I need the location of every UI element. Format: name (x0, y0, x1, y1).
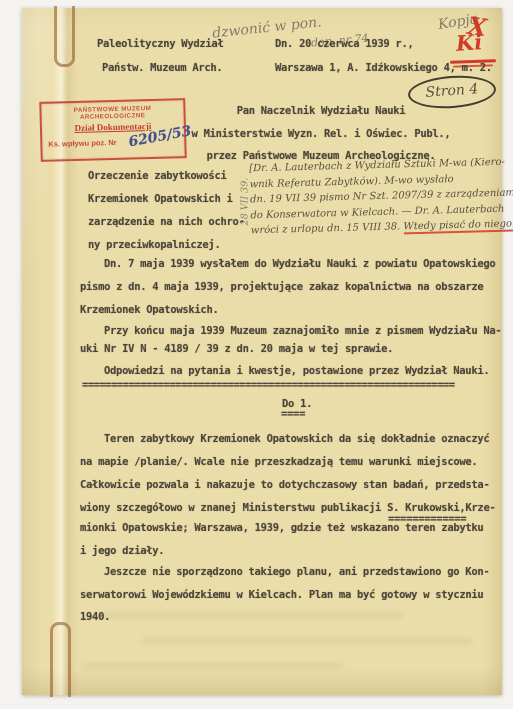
subject-line-3: zarządzenie na nich ochro- (88, 216, 245, 228)
recipient-line-1: Pan Naczelnik Wydziału Nauki (160, 105, 482, 117)
verso-show-through (102, 612, 402, 619)
verso-show-through (142, 638, 472, 645)
body-line: i jego działy. (80, 545, 164, 557)
body-line: mionki Opatowskie; Warszawa, 1939, gdzie… (80, 522, 483, 534)
sender-line-2: Państw. Muzeum Arch. (102, 62, 222, 74)
body-line: pismo z dn. 4 maja 1939, projektujące za… (80, 281, 483, 293)
body-line: Przy końcu maja 1939 Muzeum zaznajomiło … (104, 325, 501, 337)
subject-line-2: Krzemionek Opatowskich i (88, 193, 233, 205)
body-line: serwatorowi Wojewódzkiemu w Kielcach. Pl… (80, 589, 483, 601)
address-line: Warszawa 1, A. Idźkowskiego 4, m. 2. (275, 62, 492, 74)
margin-note: [Dr. A. Lauterbach z Wydziału Sztuki M-w… (249, 155, 507, 239)
date-line: Dn. 20 czerwca 1939 r., (275, 38, 414, 50)
pages-note-text: Stron 4 (425, 81, 479, 101)
body-line: na mapie /planie/. Wcale nie przeszkadza… (80, 456, 477, 468)
paperclip-rust-mark-bottom (50, 622, 71, 697)
body-line: uki Nr IV N - 4189 / 39 z dn. 20 maja w … (80, 343, 393, 355)
scanned-letter-screenshot: { "document": { "pencil_notes": { "call_… (0, 0, 513, 709)
body-line: Teren zabytkowy Krzemionek Opatowskich d… (104, 433, 489, 445)
section-heading-underline: ==== (281, 408, 305, 420)
verso-show-through (82, 663, 342, 669)
subject-line-4: ny przeciwkopalniczej. (88, 239, 220, 251)
body-line: 1940. (80, 611, 110, 623)
red-office-code: Ki (455, 29, 483, 56)
subject-line-1: Orzeczenie zabytkowości (88, 170, 227, 182)
body-line: Całkowicie pozwala i nakazuje to dotychc… (80, 479, 489, 491)
margin-note-red-underlined-text: Wtedy pisać do niego.] (403, 218, 513, 234)
letter-page: dzwonić w pon. dop. nr 74 Kopja X Ki Str… (22, 8, 502, 695)
body-line: Krzemionek Opatowskich. (80, 304, 219, 316)
body-line: Dn. 7 maja 1939 wysłałem do Wydziału Nau… (104, 258, 495, 270)
margin-note-line5-start: wróci z urlopu dn. 15 VIII 38. (251, 221, 404, 236)
sender-line-1: Paleolityczny Wydział (97, 38, 223, 50)
body-line: Jeszcze nie sporządzono takiego planu, a… (104, 566, 489, 578)
recipient-line-2: w Ministerstwie Wyzn. Rel. i Oświec. Pub… (160, 128, 482, 140)
typed-underline-row: ========================================… (82, 379, 455, 391)
paperclip-rust-mark-top (54, 6, 75, 67)
body-line: Odpowiedzi na pytania i kwestje, postawi… (104, 365, 489, 377)
